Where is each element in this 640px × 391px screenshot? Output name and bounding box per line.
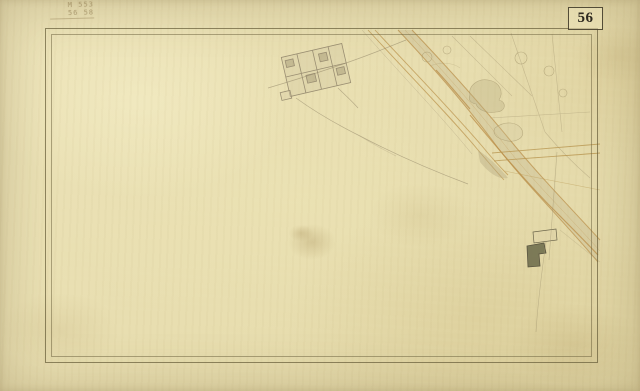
plate-number: 56 <box>578 11 594 26</box>
plate-number-box: 56 <box>568 7 603 30</box>
neatline-inner <box>51 34 592 357</box>
map-sheet: M 553 56 58 56 <box>0 0 640 391</box>
archive-stamp-line2: 56 58 <box>50 8 94 19</box>
archive-stamp: M 553 56 58 <box>50 0 94 19</box>
